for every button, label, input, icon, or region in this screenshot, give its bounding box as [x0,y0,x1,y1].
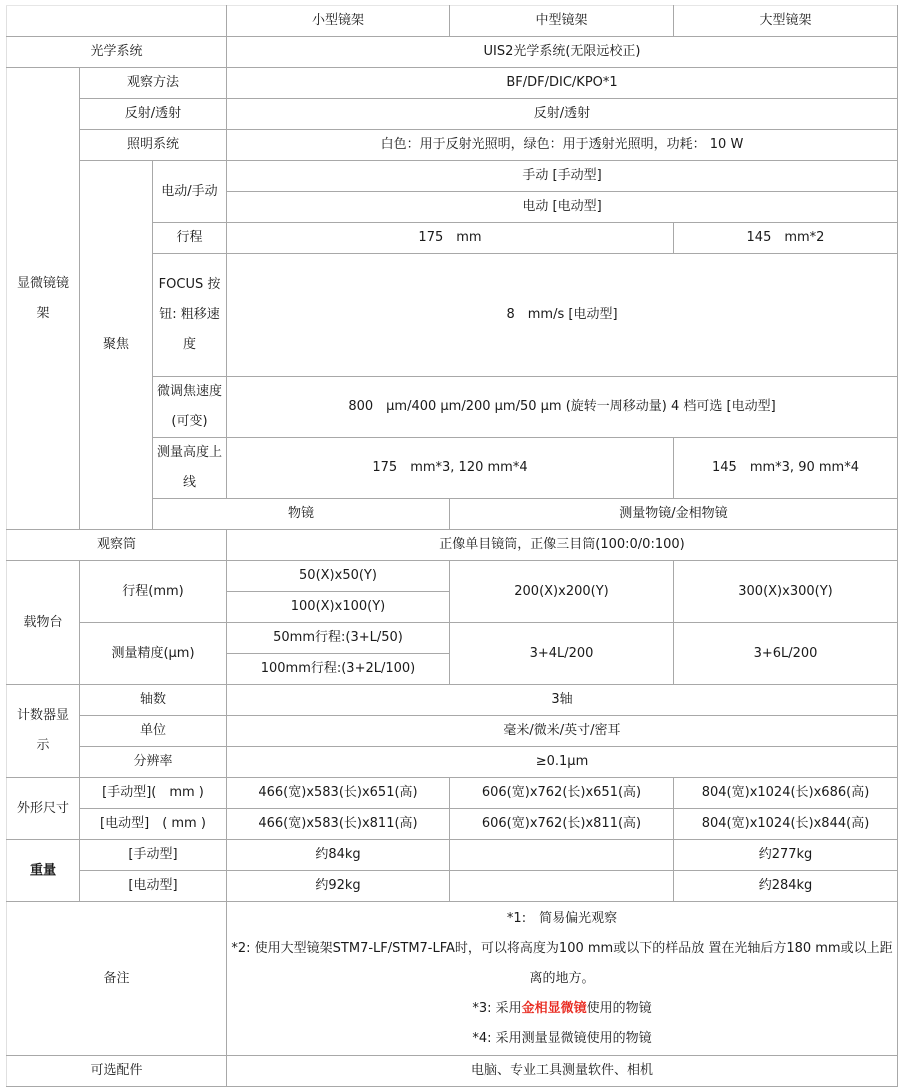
value-weight-manual-large: 约277kg [674,840,898,871]
row-counter-resolution: 分辨率 ≥0.1µm [7,747,898,778]
label-focus-fine: 微调焦速度 (可变) [153,377,227,438]
value-stage-accuracy-small-2: 100mm行程:(3+2L/100) [227,654,450,685]
row-tube: 观察筒 正像单目镜筒，正像三目筒(100:0/0:100) [7,530,898,561]
row-accessories: 可选配件 电脑、专业工具测量软件、相机 [7,1056,898,1087]
row-stage-stroke-1: 载物台 行程(mm) 50(X)x50(Y) 200(X)x200(Y) 300… [7,561,898,592]
label-stage-stroke: 行程(mm) [80,561,227,623]
value-weight-motor-mid [450,871,674,902]
value-focus-drive-manual: 手动 [手动型] [227,161,898,192]
label-counter-unit: 单位 [80,716,227,747]
label-counter-axes: 轴数 [80,685,227,716]
row-notes: 备注 *1: 简易偏光观察 *2: 使用大型镜架STM7-LF/STM7-LFA… [7,902,898,1056]
value-stage-accuracy-small-1: 50mm行程:(3+L/50) [227,623,450,654]
label-dimensions-motor: [电动型] ( mm ) [80,809,227,840]
value-dimensions-manual-small: 466(宽)x583(长)x651(高) [227,778,450,809]
row-optics: 光学系统 UIS2光学系统(无限远校正) [7,37,898,68]
value-notes: *1: 简易偏光观察 *2: 使用大型镜架STM7-LF/STM7-LFA时，可… [227,902,898,1056]
value-height-limit-small-mid: 175 mm*3, 120 mm*4 [227,438,674,499]
row-dimensions-manual: 外形尺寸 [手动型]( mm ) 466(宽)x583(长)x651(高) 60… [7,778,898,809]
header-large-frame: 大型镜架 [674,6,898,37]
note-3-prefix: *3: 采用 [472,1001,521,1016]
value-counter-resolution: ≥0.1µm [227,747,898,778]
label-dimensions-manual: [手动型]( mm ) [80,778,227,809]
value-accessories: 电脑、专业工具测量软件、相机 [227,1056,898,1087]
value-dimensions-motor-large: 804(宽)x1024(长)x844(高) [674,809,898,840]
row-focus-drive-manual: 聚焦 电动/手动 手动 [手动型] [7,161,898,192]
value-dimensions-manual-mid: 606(宽)x762(长)x651(高) [450,778,674,809]
row-illumination: 照明系统 白色：用于反射光照明，绿色：用于透射光照明，功耗： 10 W [7,130,898,161]
value-stage-accuracy-large: 3+6L/200 [674,623,898,685]
spec-table: 小型镜架 中型镜架 大型镜架 光学系统 UIS2光学系统(无限远校正) 显微镜镜… [6,5,898,1087]
value-counter-unit: 毫米/微米/英寸/密耳 [227,716,898,747]
value-focus-fine: 800 µm/400 µm/200 µm/50 µm (旋转一周移动量) 4 档… [227,377,898,438]
note-4: *4: 采用测量显微镜使用的物镜 [231,1024,893,1054]
value-stage-stroke-mid: 200(X)x200(Y) [450,561,674,623]
label-illumination: 照明系统 [80,130,227,161]
label-observation: 观察方法 [80,68,227,99]
label-counter-resolution: 分辨率 [80,747,227,778]
label-focus-stroke: 行程 [153,223,227,254]
label-optics: 光学系统 [7,37,227,68]
note-2: *2: 使用大型镜架STM7-LF/STM7-LFA时，可以将高度为100 mm… [231,934,893,994]
value-dimensions-manual-large: 804(宽)x1024(长)x686(高) [674,778,898,809]
row-weight-motor: [电动型] 约92kg 约284kg [7,871,898,902]
header-blank [7,6,227,37]
value-height-limit-large: 145 mm*3, 90 mm*4 [674,438,898,499]
row-weight-manual: 重量 [手动型] 约84kg 约277kg [7,840,898,871]
value-focus-stroke-small-mid: 175 mm [227,223,674,254]
header-small-frame: 小型镜架 [227,6,450,37]
row-observation: 显微镜镜架 观察方法 BF/DF/DIC/KPO*1 [7,68,898,99]
label-counter-group: 计数器显示 [7,685,80,778]
value-illumination: 白色：用于反射光照明，绿色：用于透射光照明，功耗： 10 W [227,130,898,161]
value-weight-motor-small: 约92kg [227,871,450,902]
label-dimensions-group: 外形尺寸 [7,778,80,840]
label-focus-group: 聚焦 [80,161,153,530]
label-weight-group: 重量 [7,840,80,902]
label-focus-height-limit: 测量高度上线 [153,438,227,499]
value-tube: 正像单目镜筒，正像三目筒(100:0/0:100) [227,530,898,561]
row-counter-axes: 计数器显示 轴数 3轴 [7,685,898,716]
row-counter-unit: 单位 毫米/微米/英寸/密耳 [7,716,898,747]
note-3-highlight: 金相显微镜 [522,1001,587,1016]
label-objective: 物镜 [153,499,450,530]
value-focus-drive-motor: 电动 [电动型] [227,192,898,223]
label-stage-accuracy: 测量精度(µm) [80,623,227,685]
label-focus-drive: 电动/手动 [153,161,227,223]
value-weight-manual-mid [450,840,674,871]
label-weight-motor: [电动型] [80,871,227,902]
label-weight-manual: [手动型] [80,840,227,871]
value-objective: 测量物镜/金相物镜 [450,499,898,530]
value-stage-accuracy-mid: 3+4L/200 [450,623,674,685]
note-3-suffix: 使用的物镜 [587,1001,652,1016]
value-reflect: 反射/透射 [227,99,898,130]
value-focus-stroke-large: 145 mm*2 [674,223,898,254]
header-row: 小型镜架 中型镜架 大型镜架 [7,6,898,37]
header-medium-frame: 中型镜架 [450,6,674,37]
label-frame-group: 显微镜镜架 [7,68,80,530]
label-tube: 观察筒 [7,530,227,561]
note-1: *1: 简易偏光观察 [231,904,893,934]
row-dimensions-motor: [电动型] ( mm ) 466(宽)x583(长)x811(高) 606(宽)… [7,809,898,840]
label-stage-group: 载物台 [7,561,80,685]
value-weight-motor-large: 约284kg [674,871,898,902]
value-dimensions-motor-mid: 606(宽)x762(长)x811(高) [450,809,674,840]
value-dimensions-motor-small: 466(宽)x583(长)x811(高) [227,809,450,840]
value-counter-axes: 3轴 [227,685,898,716]
label-accessories: 可选配件 [7,1056,227,1087]
value-focus-coarse: 8 mm/s [电动型] [227,254,898,377]
note-3: *3: 采用金相显微镜使用的物镜 [231,994,893,1024]
weight-label-text: 重量 [30,863,56,878]
value-observation: BF/DF/DIC/KPO*1 [227,68,898,99]
value-weight-manual-small: 约84kg [227,840,450,871]
value-stage-stroke-small-2: 100(X)x100(Y) [227,592,450,623]
value-stage-stroke-large: 300(X)x300(Y) [674,561,898,623]
value-optics: UIS2光学系统(无限远校正) [227,37,898,68]
value-stage-stroke-small-1: 50(X)x50(Y) [227,561,450,592]
row-reflect: 反射/透射 反射/透射 [7,99,898,130]
label-notes: 备注 [7,902,227,1056]
row-stage-accuracy-1: 测量精度(µm) 50mm行程:(3+L/50) 3+4L/200 3+6L/2… [7,623,898,654]
label-reflect: 反射/透射 [80,99,227,130]
label-focus-coarse: FOCUS 按钮: 粗移速度 [153,254,227,377]
